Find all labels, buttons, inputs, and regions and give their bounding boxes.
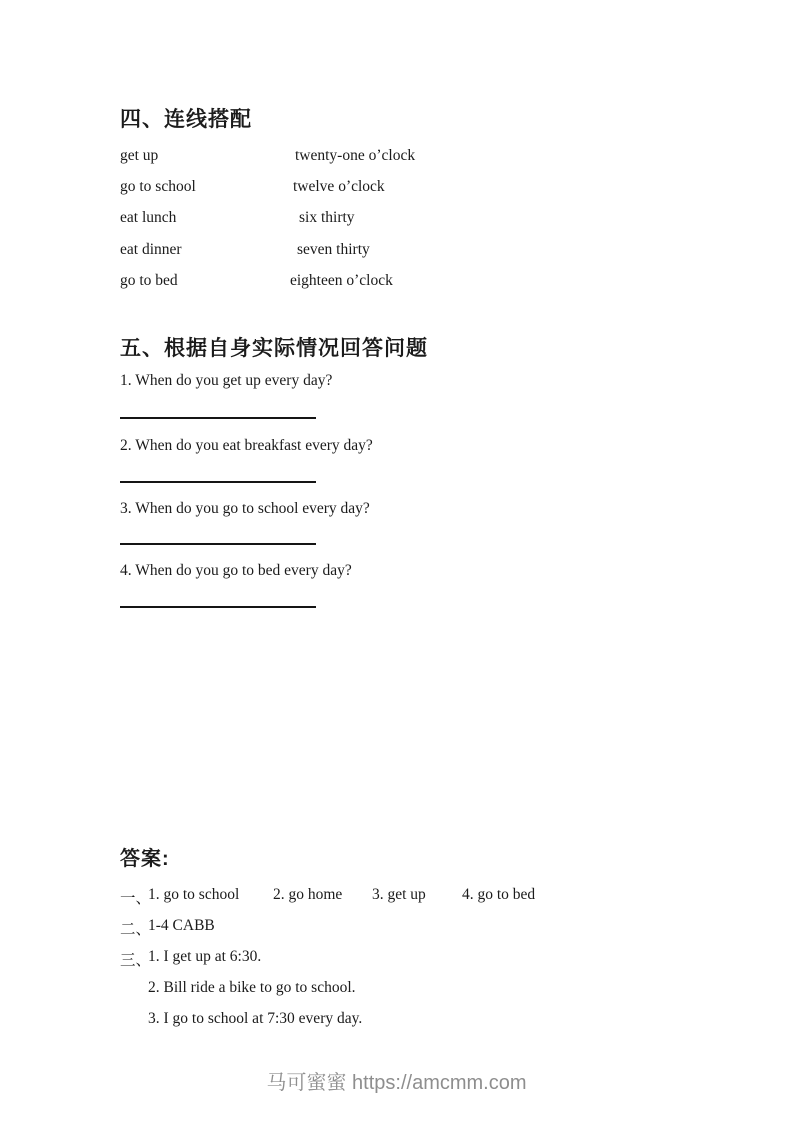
answer-blank-2 <box>120 481 316 483</box>
worksheet-page: 四、连线搭配 get up twenty-one o’clock go to s… <box>0 0 793 1122</box>
question-2: 2. When do you eat breakfast every day? <box>120 437 373 455</box>
matching-row: eat dinner seven thirty <box>120 234 680 265</box>
answers-row-3-text: 1. I get up at 6:30. <box>148 948 261 966</box>
answers-row-4-text: 2. Bill ride a bike to go to school. <box>148 979 356 997</box>
answers-row-1-item-2: 2. go home <box>273 886 342 904</box>
answers-row-2-text: 1-4 CABB <box>148 917 215 935</box>
answer-blank-3 <box>120 543 316 545</box>
answers-row-1-item-3: 3. get up <box>372 886 426 904</box>
answers-row-3-num: 三、 <box>120 948 151 970</box>
section5-title: 五、根据自身实际情况回答问题 <box>120 332 428 362</box>
answers-heading: 答案: <box>120 842 170 871</box>
question-4: 4. When do you go to bed every day? <box>120 562 352 580</box>
matching-left-item: eat lunch <box>120 209 290 227</box>
matching-row: go to bed eighteen o’clock <box>120 266 680 297</box>
matching-left-item: go to bed <box>120 272 290 290</box>
matching-row: get up twenty-one o’clock <box>120 140 680 171</box>
matching-left-item: get up <box>120 147 290 165</box>
watermark-footer: 马可蜜蜜 https://amcmm.com <box>0 1066 793 1095</box>
matching-right-item: six thirty <box>290 209 355 227</box>
answers-row-1-item-4: 4. go to bed <box>462 886 535 904</box>
matching-row: go to school twelve o’clock <box>120 171 680 202</box>
question-3: 3. When do you go to school every day? <box>120 500 370 518</box>
answers-row-2-num: 二、 <box>120 917 151 939</box>
matching-right-item: twenty-one o’clock <box>290 147 415 165</box>
matching-left-item: go to school <box>120 178 290 196</box>
answer-blank-1 <box>120 417 316 419</box>
answer-blank-4 <box>120 606 316 608</box>
answers-row-1-item-1: 1. go to school <box>148 886 239 904</box>
question-1: 1. When do you get up every day? <box>120 372 332 390</box>
matching-right-item: eighteen o’clock <box>290 272 393 290</box>
matching-list: get up twenty-one o’clock go to school t… <box>120 140 680 297</box>
matching-left-item: eat dinner <box>120 241 290 259</box>
answers-row-1-num: 一、 <box>120 886 151 908</box>
matching-right-item: seven thirty <box>290 241 370 259</box>
matching-right-item: twelve o’clock <box>290 178 385 196</box>
section4-title: 四、连线搭配 <box>120 103 252 133</box>
matching-row: eat lunch six thirty <box>120 203 680 234</box>
answers-row-5-text: 3. I go to school at 7:30 every day. <box>148 1010 362 1028</box>
